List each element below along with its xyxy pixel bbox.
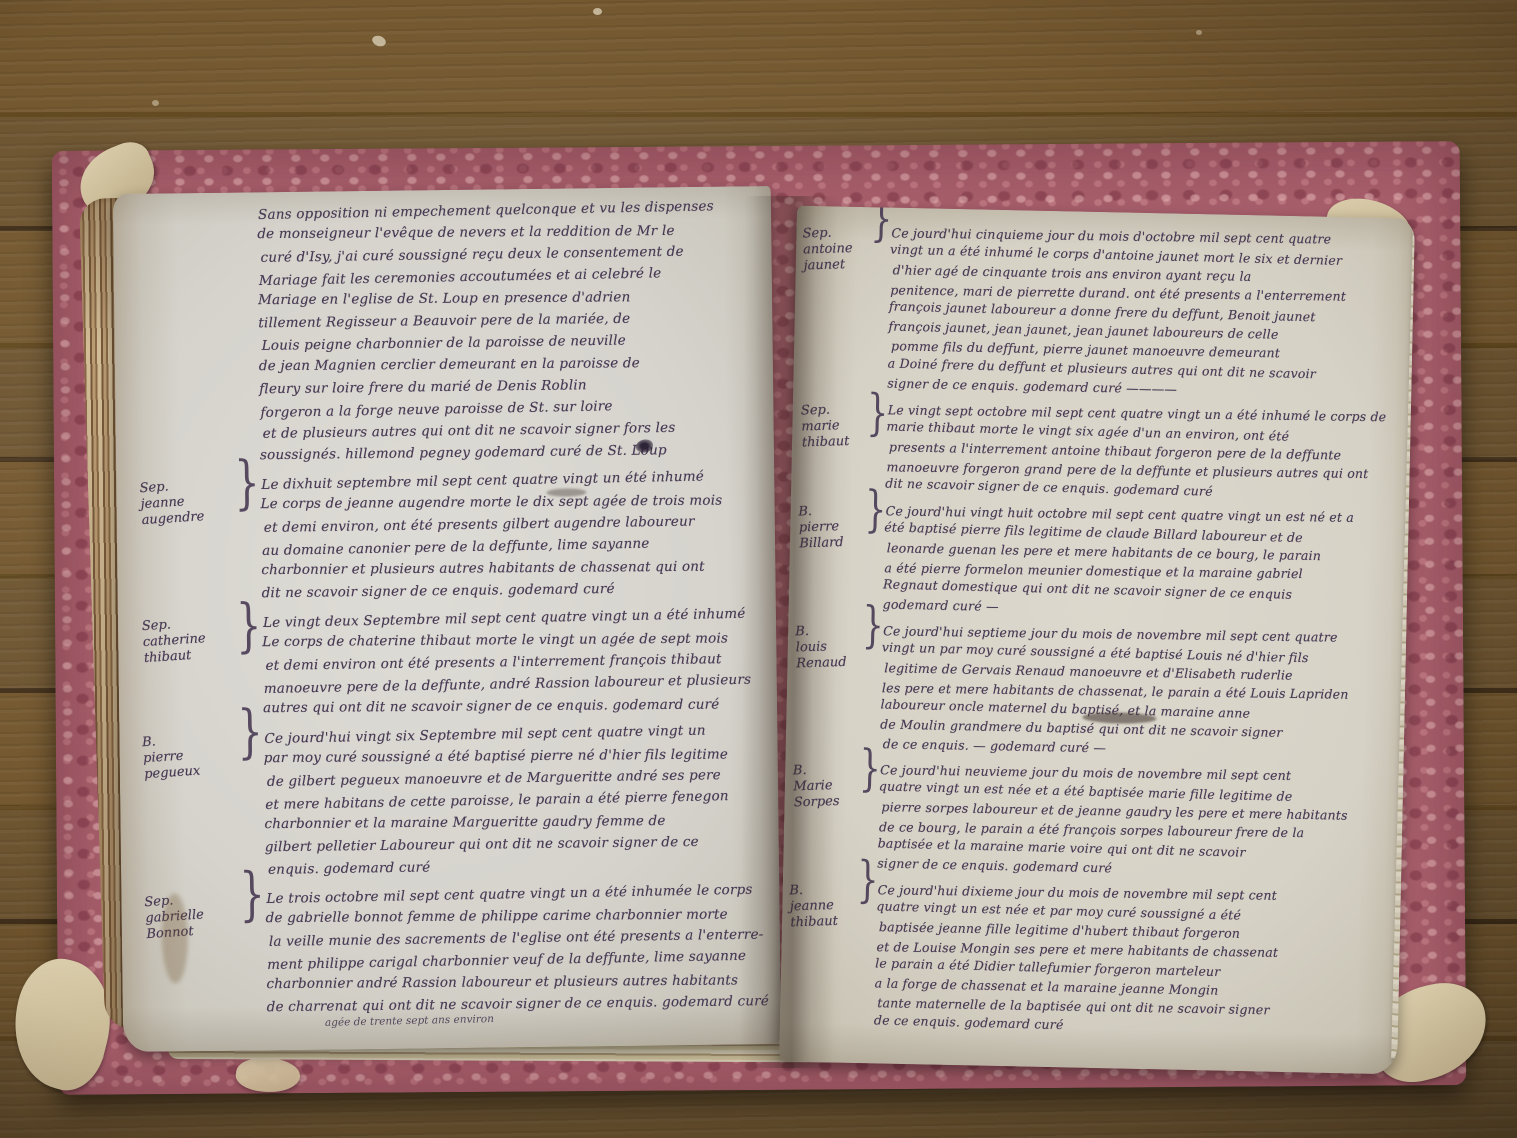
register-record: B.louisRenaud}Ce jourd'hui septieme jour… [796, 618, 1381, 763]
register-record: B.MarieSorpes}Ce jourd'hui neuvieme jour… [793, 757, 1377, 883]
record-line: autres qui ont dit ne scavoir signer de … [263, 693, 769, 719]
photo-of-manuscript-register: Sans opposition ni empechement quelconqu… [0, 0, 1517, 1138]
right-page-text: Sep.antoinejaunet}Ce jourd'hui cinquieme… [779, 206, 1415, 1075]
margin-annotation: Sep.catherinethibaut [141, 608, 240, 724]
margin-annotation: B.pierreBillard [798, 497, 866, 613]
right-page: Sep.antoinejaunet}Ce jourd'hui cinquieme… [779, 206, 1415, 1075]
record-line: charbonnier et plusieurs autres habitant… [261, 555, 767, 581]
record-body: Le vingt deux Septembre mil sept cent qu… [262, 604, 769, 720]
margin-annotation: B.jeannethibaut [789, 876, 858, 1030]
margin-annotation: Sep.jeanneaugendre [139, 470, 239, 608]
record-body: Ce jourd'hui septieme jour du mois de no… [880, 620, 1381, 763]
record-body: Le trois octobre mil sept cent quatre vi… [265, 880, 773, 1029]
register-record: Sep.antoinejaunet}Ce jourd'hui cinquieme… [803, 220, 1388, 403]
record-body: Ce jourd'hui neuvieme jour du mois de no… [877, 758, 1377, 882]
record-line: de jean Magnien cerclier demeurant en la… [259, 351, 765, 377]
chalk-speck [1196, 30, 1202, 35]
margin-annotation: Sep.antoinejaunet [802, 220, 871, 393]
record-body: Sans opposition ni empechement quelconqu… [257, 196, 766, 466]
left-page: Sans opposition ni empechement quelconqu… [113, 186, 781, 1052]
margin-note-line: Billard [799, 534, 863, 552]
margin-note-line: Sorpes [794, 793, 858, 811]
margin-note-line: Renaud [796, 654, 860, 672]
margin-annotation: B.louisRenaud [795, 617, 863, 752]
register-record: B.pierreBillard}Ce jourd'hui vingt huit … [799, 498, 1383, 624]
register-record: Sans opposition ni empechement quelconqu… [139, 196, 766, 468]
margin-annotation: B.MarieSorpes [793, 756, 861, 872]
brace-icon: } [239, 860, 268, 1052]
record-line: Mariage en l'eglise de St. Loup en prese… [258, 285, 764, 311]
margin-note-line: thibaut [790, 913, 854, 931]
record-line: charbonnier andré Rassion laboureur et p… [266, 969, 772, 995]
register-record: B.jeannethibaut}Ce jourd'hui dixieme jou… [790, 877, 1375, 1041]
brace-icon: } [853, 850, 878, 1071]
margin-annotation: B.pierrepegueux [141, 724, 243, 884]
chalk-speck [593, 8, 602, 15]
record-body: Ce jourd'hui cinquieme jour du mois d'oc… [887, 222, 1388, 403]
record-body: Le dixhuit septembre mil sept cent quatr… [260, 466, 768, 604]
record-body: Ce jourd'hui dixieme jour du mois de nov… [874, 878, 1375, 1040]
margin-annotation: Sep.mariethibaut [801, 396, 868, 493]
left-page-text: Sans opposition ni empechement quelconqu… [113, 186, 781, 1052]
register-record: Sep.mariethibaut}Le vingt sept octobre m… [801, 397, 1385, 504]
register-record: Sep.gabrielleBonnot}Le trois octobre mil… [147, 880, 773, 1031]
register-record: Sep.jeanneaugendre}Le dixhuit septembre … [142, 466, 768, 606]
record-body: Ce jourd'hui vingt six Septembre mil sep… [263, 720, 771, 880]
register-record: B.pierrepegueux}Ce jourd'hui vingt six S… [145, 720, 771, 882]
record-line: charbonnier et la maraine Margueritte ga… [264, 809, 770, 835]
record-body: Ce jourd'hui vingt huit octobre mil sept… [883, 500, 1383, 624]
margin-annotation [132, 200, 241, 469]
margin-note-line: jaunet [803, 256, 867, 274]
margin-annotation: Sep.gabrielleBonnot [144, 884, 245, 1033]
chalk-speck [152, 100, 159, 106]
record-body: Le vingt sept octobre mil sept cent quat… [885, 399, 1385, 504]
margin-note-line: thibaut [802, 433, 866, 451]
